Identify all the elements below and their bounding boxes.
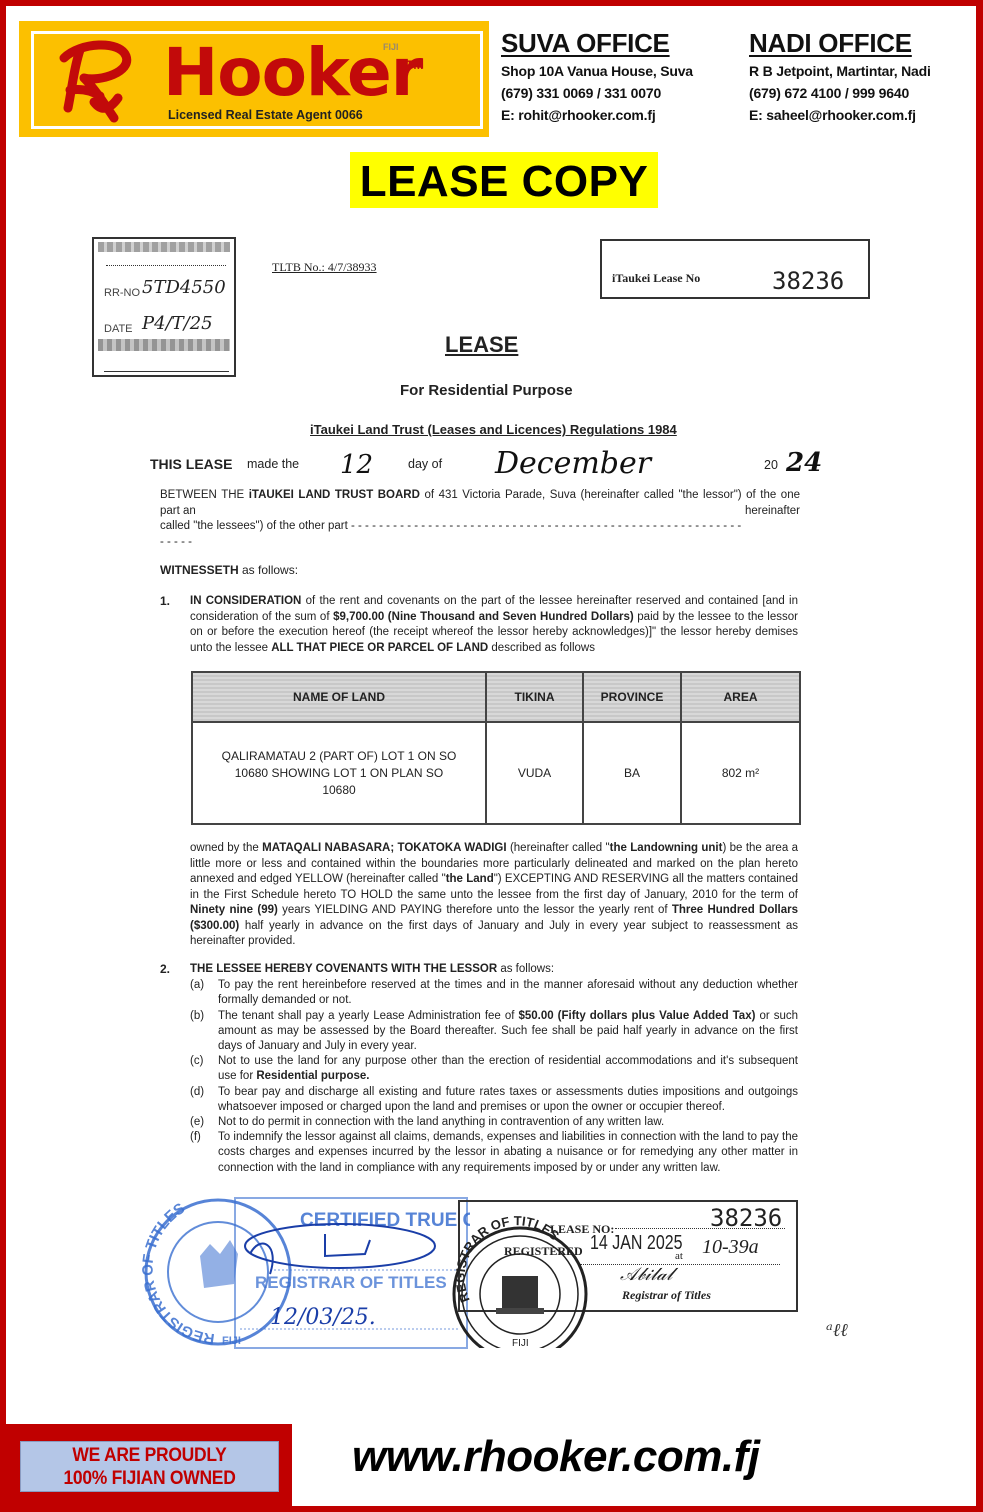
covenant-item: (d) To bear pay and discharge all existi…	[190, 1085, 798, 1115]
area-cell: 802 m²	[681, 722, 800, 824]
between-line4: - - - - -	[160, 536, 192, 548]
covenant-item: (e) Not to do permit in connection with …	[190, 1115, 798, 1130]
document-purpose: For Residential Purpose	[400, 382, 573, 399]
witnesseth-bold: WITNESSETH	[160, 563, 239, 577]
covenant-letter: (e)	[190, 1115, 204, 1130]
clause-number: 1.	[160, 594, 170, 608]
year-handwritten: 24	[786, 448, 822, 478]
hereinafter-text: hereinafter	[745, 504, 800, 520]
month-handwritten: December	[495, 446, 651, 481]
covenant-text: To pay the rent hereinbefore reserved at…	[218, 979, 798, 1006]
itaukei-lease-label: iTaukei Lease No	[612, 271, 700, 286]
owned-text: (hereinafter called "	[507, 842, 610, 854]
clause-1-text: described as follows	[488, 642, 595, 654]
covenant-text: To bear pay and discharge all existing a…	[218, 1086, 798, 1113]
lease-date-line: THIS LEASE made the 12 day of December 2…	[150, 452, 830, 482]
ownership-paragraph: owned by the MATAQALI NABASARA; TOKATOKA…	[190, 841, 798, 950]
itaukei-lease-box: iTaukei Lease No 38236	[600, 239, 870, 299]
admin-fee: $50.00 (Fifty dollars plus Value Added T…	[518, 1010, 755, 1022]
rr-number: 5TD4550	[142, 277, 226, 298]
covenant-letter: (b)	[190, 1009, 204, 1024]
column-header: PROVINCE	[583, 672, 681, 722]
between-lead: BETWEEN THE	[160, 489, 249, 501]
owned-text: half yearly in advance on the first days…	[190, 920, 798, 948]
clause-2: THE LESSEE HEREBY COVENANTS WITH THE LES…	[190, 962, 798, 1176]
covenant-letter: (f)	[190, 1130, 201, 1145]
landowning-unit-name: MATAQALI NABASARA; TOKATOKA WADIGI	[262, 842, 506, 854]
rr-receipt-stamp: RR-NO 5TD4550 DATE P4/T/25	[92, 237, 236, 377]
website-link[interactable]: www.rhooker.com.fj	[352, 1432, 759, 1482]
witnesseth-rest: as follows:	[239, 563, 298, 577]
lease-document: RR-NO 5TD4550 DATE P4/T/25 TLTB No.: 4/7…	[0, 0, 983, 1512]
rr-label: RR-NO	[104, 287, 140, 299]
covenant-item: (f) To indemnify the lessor against all …	[190, 1130, 798, 1176]
document-title: LEASE	[445, 332, 518, 358]
lease-term: Ninety nine (99)	[190, 904, 278, 916]
between-line3: called "the lessees") of the other part …	[160, 520, 741, 532]
covenant-item: (b) The tenant shall pay a yearly Lease …	[190, 1009, 798, 1055]
column-header: NAME OF LAND	[192, 672, 486, 722]
clause-2-heading: THE LESSEE HEREBY COVENANTS WITH THE LES…	[190, 962, 798, 977]
badge-line-2: 100% FIJIAN OWNED	[31, 1467, 267, 1490]
owned-text: owned by the	[190, 842, 262, 854]
between-paragraph: BETWEEN THE iTAUKEI LAND TRUST BOARD of …	[160, 488, 800, 550]
consideration-amount: $9,700.00 (Nine Thousand and Seven Hundr…	[333, 611, 634, 623]
witnesseth: WITNESSETH as follows:	[160, 563, 460, 579]
owned-text: years YIELDING AND PAYING therefore unto…	[278, 904, 672, 916]
lessor-name: iTAUKEI LAND TRUST BOARD	[249, 489, 420, 501]
covenant-letter: (d)	[190, 1085, 204, 1100]
itaukei-lease-number: 38236	[772, 267, 844, 295]
clause-2-rest: as follows:	[497, 963, 554, 975]
regulation-title: iTaukei Land Trust (Leases and Licences)…	[310, 422, 677, 437]
tikina-cell: VUDA	[486, 722, 583, 824]
date-label: DATE	[104, 323, 133, 335]
stamp-rule	[104, 371, 229, 372]
registrar-label: REGISTRAR OF TITLES	[255, 1273, 447, 1292]
owned-bold: the Land	[446, 873, 494, 885]
covenant-item: (a) To pay the rent hereinbefore reserve…	[190, 978, 798, 1008]
registered-lease-number: 38236	[710, 1204, 782, 1232]
initials-scribble: ᵃℓℓ	[826, 1320, 848, 1341]
fijian-owned-badge: WE ARE PROUDLY 100% FIJIAN OWNED	[20, 1441, 279, 1492]
covenant-letter: (a)	[190, 978, 204, 993]
year-prefix: 20	[764, 458, 778, 472]
clause-1: IN CONSIDERATION of the rent and covenan…	[190, 594, 798, 656]
clause-1-bold: IN CONSIDERATION	[190, 595, 301, 607]
stamp-dotted-line	[106, 265, 226, 266]
svg-text:FIJI: FIJI	[512, 1338, 529, 1348]
covenant-text: The tenant shall pay a yearly Lease Admi…	[218, 1010, 518, 1022]
tltb-number: TLTB No.: 4/7/38933	[272, 260, 377, 275]
registered-time: 10-39a	[702, 1236, 759, 1259]
table-row: QALIRAMATAU 2 (PART OF) LOT 1 ON SO 1068…	[192, 722, 800, 824]
table-header-row: NAME OF LAND TIKINA PROVINCE AREA	[192, 672, 800, 722]
stamp-texture	[98, 242, 230, 252]
province-cell: BA	[583, 722, 681, 824]
column-header: AREA	[681, 672, 800, 722]
registrar-of-titles: Registrar of Titles	[622, 1288, 711, 1303]
certified-true-copy-stamp: REGISTRAR OF TITLES CERTIFIED TRUE COPY …	[140, 1184, 470, 1352]
registered-date: 14 JAN 2025	[590, 1232, 683, 1255]
purpose-bold: Residential purpose.	[256, 1070, 369, 1082]
certified-date: 12/03/25.	[270, 1305, 376, 1330]
stamp-texture	[98, 339, 230, 351]
registrar-signature: 𝒜𝒷𝒾𝓁𝒶𝓁	[620, 1264, 672, 1285]
registrar-seal: REGISTRAR OF TITLES FIJI	[440, 1208, 590, 1348]
svg-text:FIJI: FIJI	[222, 1335, 241, 1347]
covenant-letter: (c)	[190, 1054, 203, 1069]
clause-2-bold: THE LESSEE HEREBY COVENANTS WITH THE LES…	[190, 963, 497, 975]
land-name-cell: QALIRAMATAU 2 (PART OF) LOT 1 ON SO 1068…	[192, 722, 486, 824]
covenant-text: Not to do permit in connection with the …	[218, 1116, 664, 1128]
covenant-item: (c) Not to use the land for any purpose …	[190, 1054, 798, 1084]
date-value: P4/T/25	[142, 313, 213, 334]
clause-number: 2.	[160, 962, 170, 976]
owned-bold: the Landowning unit	[610, 842, 723, 854]
clause-1-bold: ALL THAT PIECE OR PARCEL OF LAND	[271, 642, 488, 654]
made-prefix-bold: THIS LEASE	[150, 456, 232, 472]
dotted-line	[580, 1264, 780, 1265]
covenant-text: To indemnify the lessor against all clai…	[218, 1131, 798, 1173]
land-table: NAME OF LAND TIKINA PROVINCE AREA QALIRA…	[191, 671, 801, 825]
day-of-label: day of	[408, 457, 442, 471]
badge-line-1: WE ARE PROUDLY	[31, 1444, 267, 1467]
made-prefix: made the	[247, 457, 299, 471]
at-label: at	[675, 1250, 683, 1262]
column-header: TIKINA	[486, 672, 583, 722]
day-handwritten: 12	[340, 450, 373, 480]
